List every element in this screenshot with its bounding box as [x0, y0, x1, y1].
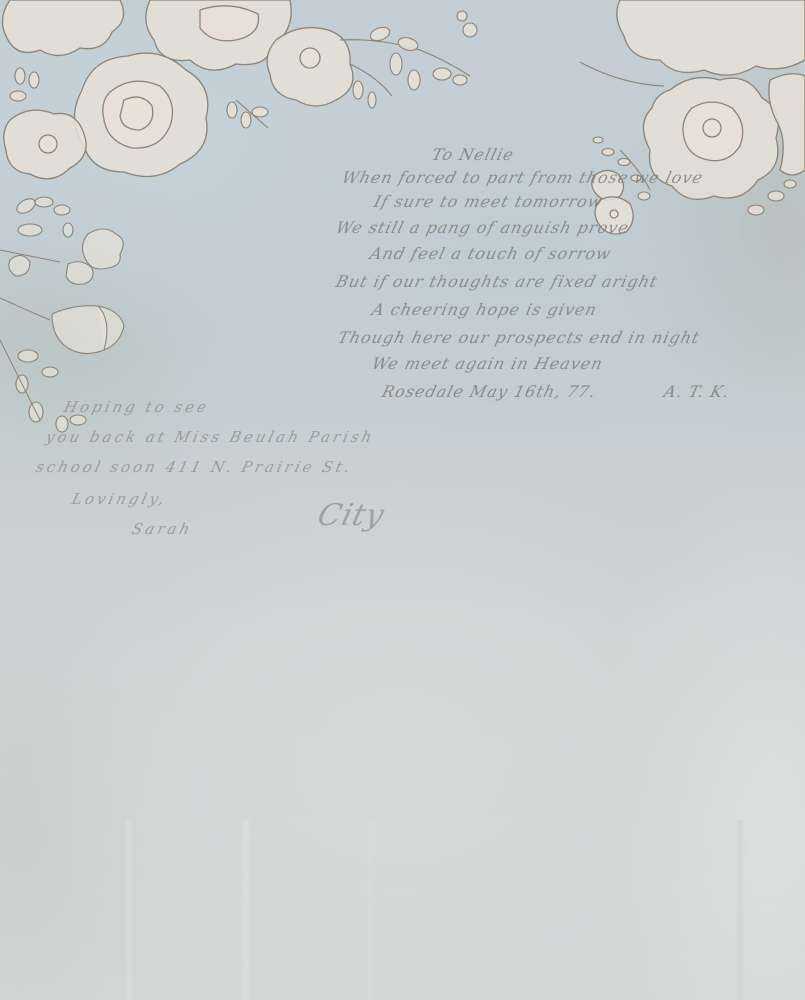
address-signature: City: [314, 498, 388, 533]
address-line-4: Lovingly,: [70, 490, 169, 508]
poem-line-5: But if our thoughts are fixed aright: [334, 272, 660, 291]
poem-line-4: And feel a touch of sorrow: [368, 244, 613, 263]
poem-dateline: Rosedale May 16th, 77.: [380, 382, 598, 401]
address-line-5: Sarah: [130, 520, 194, 538]
poem-line-7: Though here our prospects end in night: [336, 328, 702, 347]
address-line-3: school soon 411 N. Prairie St.: [34, 458, 355, 476]
poem-line-3: We still a pang of anguish prove: [334, 218, 631, 237]
address-line-2: you back at Miss Beulah Parish: [44, 428, 377, 446]
paper-texture-streaks: [0, 820, 805, 1000]
poem-title: To Nellie: [430, 145, 516, 164]
poem-initials: A. T. K.: [662, 382, 732, 401]
poem-line-1: When forced to part from those we love: [340, 168, 706, 187]
poem-line-2: If sure to meet tomorrow: [372, 192, 605, 211]
poem-line-8: We meet again in Heaven: [370, 354, 605, 373]
address-line-1: Hoping to see: [62, 398, 211, 416]
poem-line-6: A cheering hope is given: [370, 300, 599, 319]
